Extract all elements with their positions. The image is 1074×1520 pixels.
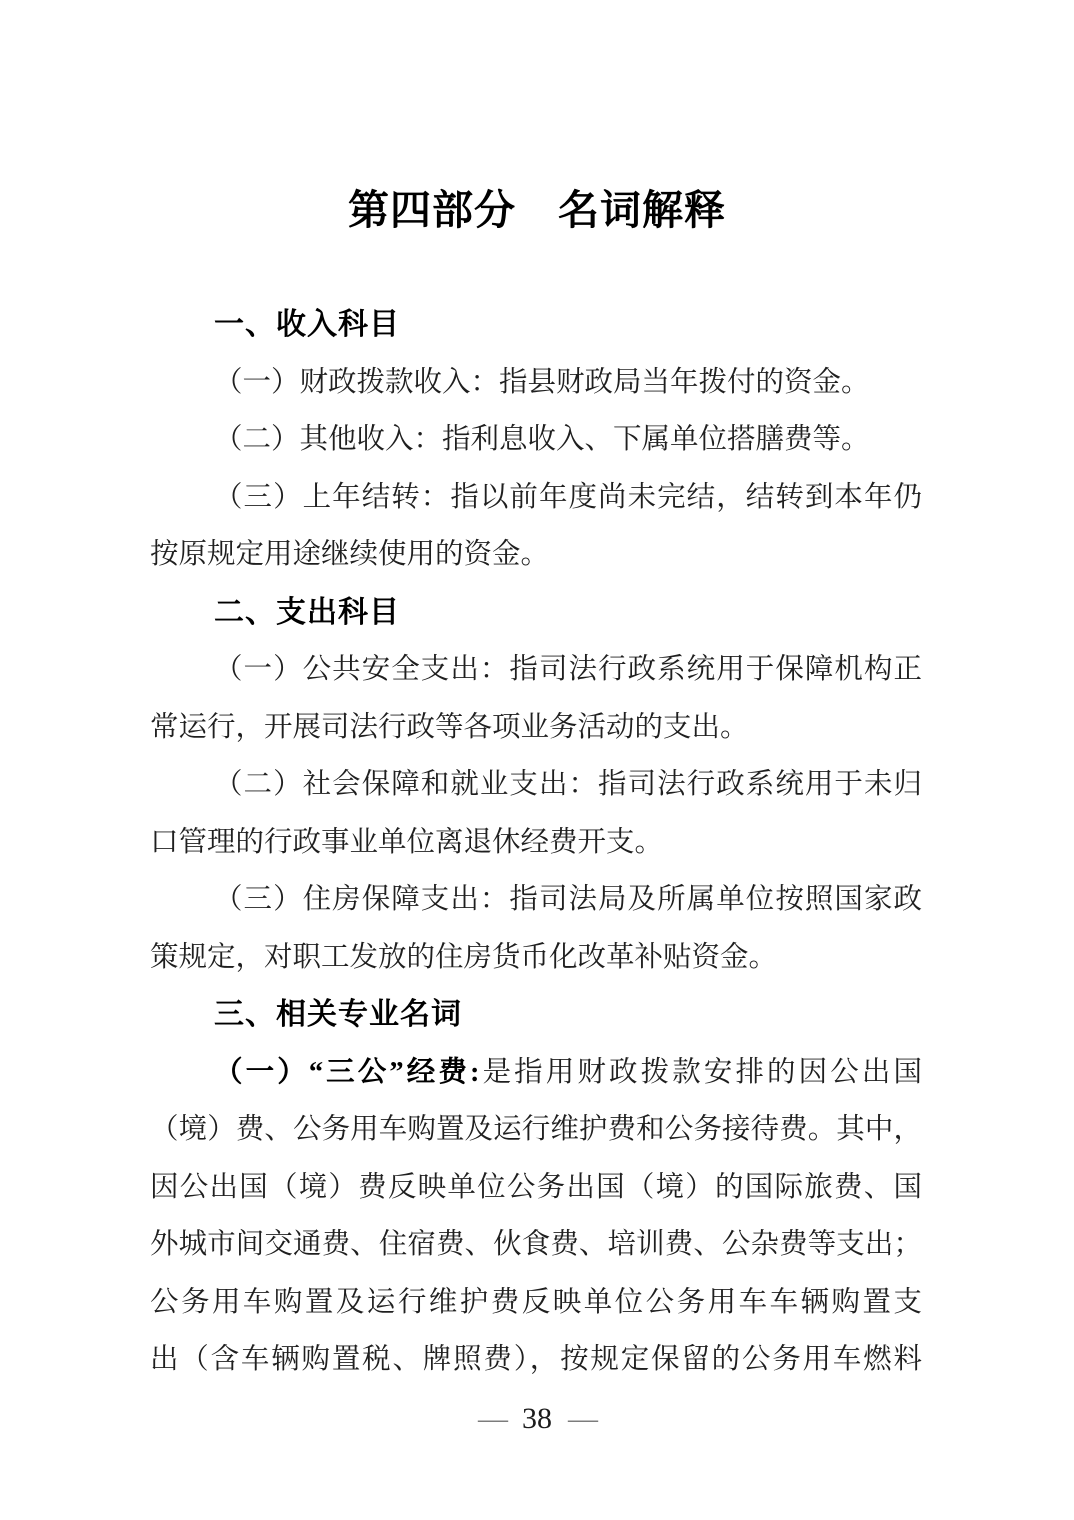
footer-left-dash: — (466, 1402, 518, 1435)
text-line: 按原规定用途继续使用的资金。 (150, 526, 922, 584)
text-line: 因公出国（境）费反映单位公务出国（境）的国际旅费、国 (150, 1159, 922, 1217)
text-line: 策规定，对职工发放的住房货币化改革补贴资金。 (150, 929, 922, 987)
line-text: （一）财政拨款收入：指县财政局当年拨付的资金。 (214, 367, 870, 398)
text-line: 公务用车购置及运行维护费反映单位公务用车车辆购置支 (150, 1274, 922, 1332)
line-text: 常运行，开展司法行政等各项业务活动的支出。 (150, 712, 749, 743)
text-line: （三）住房保障支出：指司法局及所属单位按照国家政 (150, 871, 922, 929)
section-heading: 三、相关专业名词 (150, 986, 922, 1044)
section-heading: 二、支出科目 (150, 584, 922, 642)
text-line: （一）“三公”经费:是指用财政拨款安排的因公出国 (150, 1044, 922, 1102)
line-text: （二）其他收入：指利息收入、下属单位搭膳费等。 (214, 424, 870, 455)
line-text: 策规定，对职工发放的住房货币化改革补贴资金。 (150, 942, 777, 973)
line-text: （二）社会保障和就业支出：指司法行政系统用于未归 (214, 769, 922, 800)
page-title: 第四部分 名词解释 (0, 183, 1074, 237)
line-text: 按原规定用途继续使用的资金。 (150, 539, 549, 570)
text-line: （境）费、公务用车购置及运行维护费和公务接待费。其中， (150, 1101, 922, 1159)
section-heading: 一、收入科目 (150, 296, 922, 354)
text-line: （三）上年结转：指以前年度尚未完结，结转到本年仍 (150, 469, 922, 527)
footer-right-dash: — (556, 1402, 608, 1435)
text-line: （二）其他收入：指利息收入、下属单位搭膳费等。 (150, 411, 922, 469)
line-text: 口管理的行政事业单位离退休经费开支。 (150, 827, 663, 858)
line-text: （三）住房保障支出：指司法局及所属单位按照国家政 (214, 884, 922, 915)
line-text: 因公出国（境）费反映单位公务出国（境）的国际旅费、国 (150, 1172, 922, 1203)
text-line: （二）社会保障和就业支出：指司法行政系统用于未归 (150, 756, 922, 814)
text-line: （一）公共安全支出：指司法行政系统用于保障机构正 (150, 641, 922, 699)
term-bold-lead: （一）“三公”经费: (214, 1057, 479, 1088)
line-text: 公务用车购置及运行维护费反映单位公务用车车辆购置支 (150, 1287, 922, 1318)
line-text: （境）费、公务用车购置及运行维护费和公务接待费。其中， (150, 1114, 922, 1145)
text-line: 常运行，开展司法行政等各项业务活动的支出。 (150, 699, 922, 757)
document-page: 第四部分 名词解释 一、收入科目（一）财政拨款收入：指县财政局当年拨付的资金。（… (0, 0, 1074, 1520)
line-text: 出（含车辆购置税、牌照费），按规定保留的公务用车燃料 (150, 1344, 922, 1375)
line-text: 外城市间交通费、住宿费、伙食费、培训费、公杂费等支出； (150, 1229, 922, 1260)
line-text: 是指用财政拨款安排的因公出国 (479, 1057, 922, 1088)
text-line: （一）财政拨款收入：指县财政局当年拨付的资金。 (150, 354, 922, 412)
document-body: 一、收入科目（一）财政拨款收入：指县财政局当年拨付的资金。（二）其他收入：指利息… (150, 296, 922, 1389)
line-text: （一）公共安全支出：指司法行政系统用于保障机构正 (214, 654, 922, 685)
text-line: 口管理的行政事业单位离退休经费开支。 (150, 814, 922, 872)
page-footer: —38— (0, 1396, 1074, 1442)
page-number: 38 (518, 1402, 556, 1435)
line-text: （三）上年结转：指以前年度尚未完结，结转到本年仍 (214, 482, 922, 513)
text-line: 外城市间交通费、住宿费、伙食费、培训费、公杂费等支出； (150, 1216, 922, 1274)
text-line: 出（含车辆购置税、牌照费），按规定保留的公务用车燃料 (150, 1331, 922, 1389)
